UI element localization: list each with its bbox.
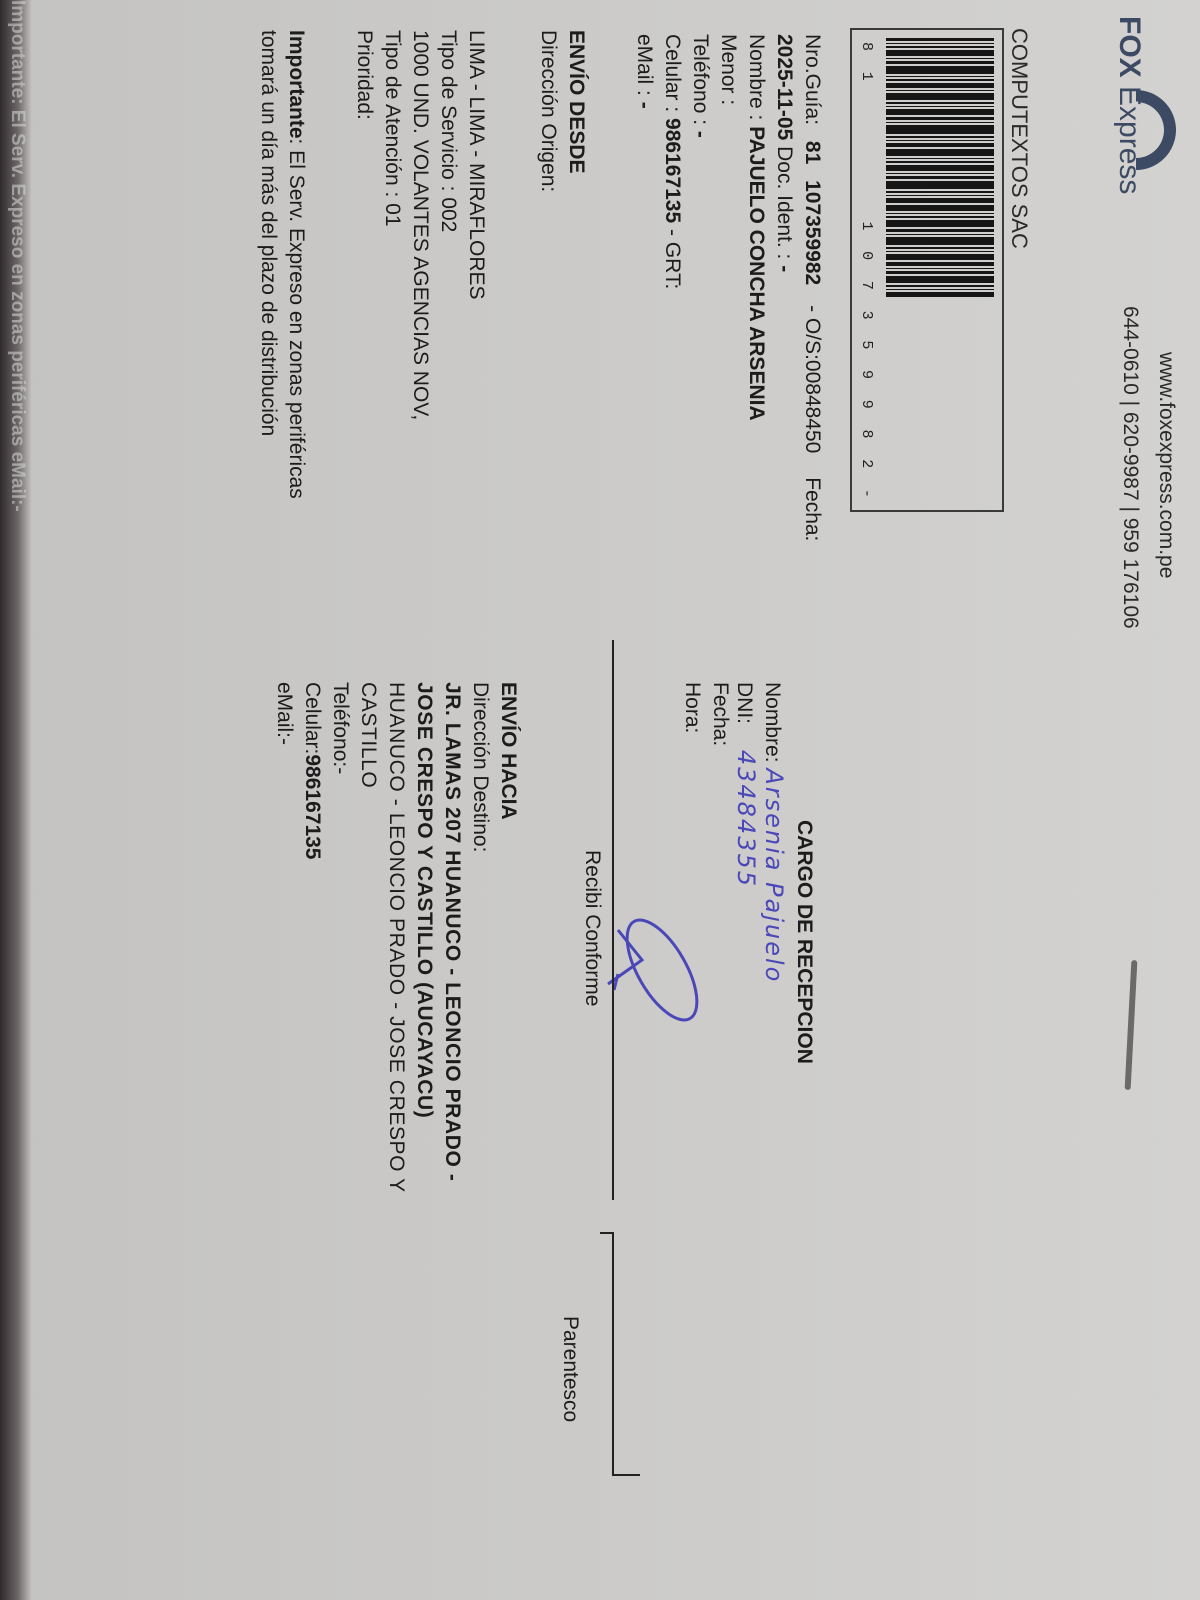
sender-email-label: eMail :: [633, 34, 656, 96]
receiver-name-handwritten[interactable]: Arsenia Pajuelo: [760, 768, 788, 983]
contenido: 1000 UND. VOLANTES AGENCIAS NOV,: [408, 30, 432, 420]
destino-label: Dirección Destino:: [468, 682, 492, 852]
date-row: 2025-11-05 Doc. Ident. : -: [772, 34, 796, 272]
brand-suffix: Express: [1113, 86, 1146, 194]
prioridad-label: Prioridad:: [352, 30, 376, 120]
receiver-fecha-label: Fecha:: [708, 682, 732, 746]
shipping-label-document: Importante: El Serv. Expreso en zonas pe…: [0, 0, 1200, 1600]
os-label: - O/S:: [801, 305, 824, 360]
contact-phones: 644-0610 | 620-9987 | 959 176106: [1118, 306, 1142, 629]
sender-phone-row: Teléfono : -: [688, 34, 712, 138]
brand-logo: FOX Express: [1112, 16, 1146, 194]
cargo-title: CARGO DE RECEPCION: [792, 820, 816, 1064]
brand-name: FOX: [1113, 16, 1146, 78]
sender-name-label: Nombre :: [745, 34, 768, 120]
receiver-hora-label: Hora:: [680, 682, 704, 733]
sender-phone-value: -: [689, 131, 712, 138]
menor-label: Menor :: [716, 34, 740, 105]
destino-line3: HUANUCO - LEONCIO PRADO - JOSE CRESPO Y: [384, 682, 408, 1193]
origen-address: LIMA - LIMA - MIRAFLORES: [464, 30, 488, 300]
doc-ident-label: Doc. Ident. :: [773, 146, 796, 259]
barcode-bars: [886, 38, 994, 502]
receiver-dni-label: DNI:: [733, 682, 756, 724]
receiver-dni-row: DNI: 43484355: [732, 682, 760, 888]
receiver-celular-value: 986167135: [301, 754, 324, 859]
signature-line: [612, 640, 614, 1200]
grt-label: - GRT:: [661, 229, 684, 289]
receiver-name-row: Nombre: Arsenia Pajuelo: [760, 682, 788, 983]
fecha-label: Fecha:: [801, 477, 824, 541]
receiver-email: eMail:-: [272, 682, 296, 745]
sender-email-value: -: [633, 102, 656, 109]
guia-number: 107359982: [801, 180, 824, 285]
barcode-digits: 8 1 1 0 7 3 5 9 9 8 2 -: [858, 42, 875, 498]
signature-icon[interactable]: [590, 900, 710, 1080]
tipo-servicio: Tipo de Servicio : 002: [436, 30, 460, 232]
guia-row: Nro.Guía: 81 107359982 - O/S:00848450 Fe…: [800, 34, 824, 541]
parentesco-label: Parentesco: [558, 1316, 582, 1422]
envio-desde-title: ENVÍO DESDE: [564, 30, 588, 174]
sender-name-value: PAJUELO CONCHA ARSENIA: [745, 126, 768, 420]
destino-line2: JOSE CRESPO Y CASTILLO (AUCAYACU): [412, 682, 436, 1118]
origen-label: Dirección Origen:: [536, 30, 560, 192]
sender-cell-row: Celular : 986167135 - GRT:: [660, 34, 684, 289]
edge-fragment-text: Importante: El Serv. Expreso en zonas pe…: [6, 0, 28, 512]
doc-ident-value: -: [773, 265, 796, 272]
sender-cell-value: 986167135: [661, 118, 684, 223]
destino-line1: JR. LAMAS 207 HUANUCO - LEONCIO PRADO -: [440, 682, 464, 1181]
receiver-dni-handwritten[interactable]: 43484355: [732, 750, 760, 888]
receiver-name-label: Nombre:: [761, 682, 784, 763]
sender-email-row: eMail : -: [632, 34, 656, 109]
guia-label: Nro.Guía:: [801, 34, 824, 125]
recibi-conforme-label: Recibi Conforme: [580, 850, 604, 1006]
company-name: COMPUTEXTOS SAC: [1006, 28, 1032, 249]
envio-hacia-title: ENVÍO HACIA: [496, 682, 520, 820]
guia-prefix: 81: [801, 141, 824, 164]
importante-note: Importante: El Serv. Expreso en zonas pe…: [284, 30, 308, 499]
sender-cell-label: Celular :: [661, 34, 684, 112]
tipo-atencion: Tipo de Atención : 01: [380, 30, 404, 227]
destino-line4: CASTILLO: [356, 682, 380, 788]
guia-date: 2025-11-05: [773, 34, 796, 140]
importante-line2: tomará un día más del plazo de distribuc…: [256, 30, 280, 436]
receiver-celular-row: Celular:986167135: [300, 682, 324, 860]
parentesco-line: [612, 1232, 614, 1476]
sender-phone-label: Teléfono :: [689, 34, 712, 125]
barcode-box: 8 1 1 0 7 3 5 9 9 8 2 -: [850, 28, 1004, 512]
parentesco-bracket-right: [612, 1474, 640, 1476]
staple: [1125, 960, 1138, 1090]
importante-label: Importante: [285, 30, 308, 139]
sender-name-row: Nombre : PAJUELO CONCHA ARSENIA: [744, 34, 768, 421]
receiver-telefono: Teléfono:-: [328, 682, 352, 774]
receiver-celular-label: Celular:: [301, 682, 324, 754]
os-value: 00848450: [801, 360, 824, 453]
website-link[interactable]: www.foxexpress.com.pe: [1154, 352, 1178, 578]
